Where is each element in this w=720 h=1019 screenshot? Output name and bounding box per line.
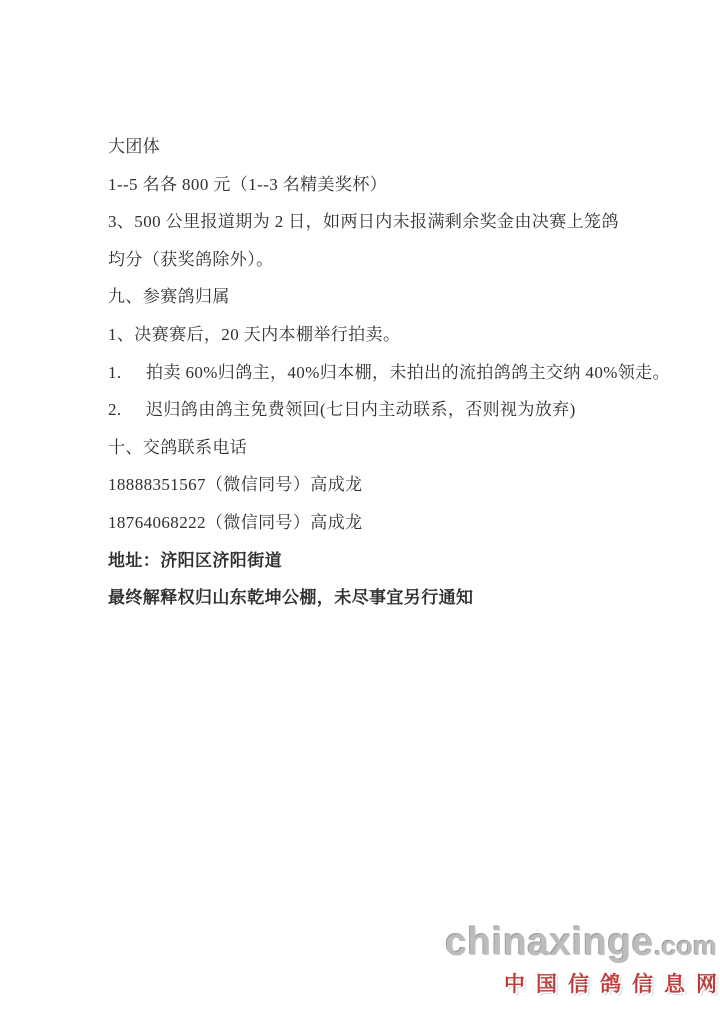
document-line: 1.拍卖 60%归鸽主，40%归本棚，未拍出的流拍鸽鸽主交纳 40%领走。 [108,354,648,392]
watermark-logo: chinaxinge.com [445,925,717,964]
line-text: 大团体 [108,137,160,156]
line-text: 十、交鸽联系电话 [108,438,247,457]
line-text: 地址：济阳区济阳街道 [108,551,282,570]
document-line: 1、决赛赛后，20 天内本棚举行拍卖。 [108,316,648,354]
watermark-subtitle: 中国信鸽信息网 [445,968,720,998]
line-text: 最终解释权归山东乾坤公棚，未尽事宜另行通知 [108,588,473,607]
watermark-logo-text: chinaxinge [445,921,654,964]
document-line: 九、参赛鸽归属 [108,278,648,316]
document-page: 大团体1--5 名各 800 元（1--3 名精美奖杯）3、500 公里报道期为… [0,0,720,1019]
line-text: 3、500 公里报道期为 2 日，如两日内未报满剩余奖金由决赛上笼鸽 [108,212,619,231]
document-line: 最终解释权归山东乾坤公棚，未尽事宜另行通知 [108,579,648,617]
line-text: 18764068222（微信同号）高成龙 [108,513,363,532]
line-text: 九、参赛鸽归属 [108,287,230,306]
document-line: 3、500 公里报道期为 2 日，如两日内未报满剩余奖金由决赛上笼鸽 [108,203,648,241]
document-line: 大团体 [108,128,648,166]
document-line: 2.迟归鸽由鸽主免费领回(七日内主动联系，否则视为放弃) [108,391,648,429]
watermark: chinaxinge.com 中国信鸽信息网 [445,925,717,998]
line-text: 迟归鸽由鸽主免费领回(七日内主动联系，否则视为放弃) [146,400,576,419]
line-text: 18888351567（微信同号）高成龙 [108,475,363,494]
document-line: 均分（获奖鸽除外）。 [108,241,648,279]
document-line: 18888351567（微信同号）高成龙 [108,466,648,504]
list-number: 2. [108,391,146,429]
list-number: 1. [108,354,146,392]
line-text: 1--5 名各 800 元（1--3 名精美奖杯） [108,175,387,194]
document-line: 地址：济阳区济阳街道 [108,542,648,580]
document-body: 大团体1--5 名各 800 元（1--3 名精美奖杯）3、500 公里报道期为… [108,128,648,617]
line-text: 1、决赛赛后，20 天内本棚举行拍卖。 [108,325,400,344]
watermark-logo-domain-suffix: .com [654,931,717,961]
document-line: 18764068222（微信同号）高成龙 [108,504,648,542]
document-line: 1--5 名各 800 元（1--3 名精美奖杯） [108,166,648,204]
line-text: 均分（获奖鸽除外）。 [108,250,274,269]
line-text: 拍卖 60%归鸽主，40%归本棚，未拍出的流拍鸽鸽主交纳 40%领走。 [146,363,670,382]
document-line: 十、交鸽联系电话 [108,429,648,467]
